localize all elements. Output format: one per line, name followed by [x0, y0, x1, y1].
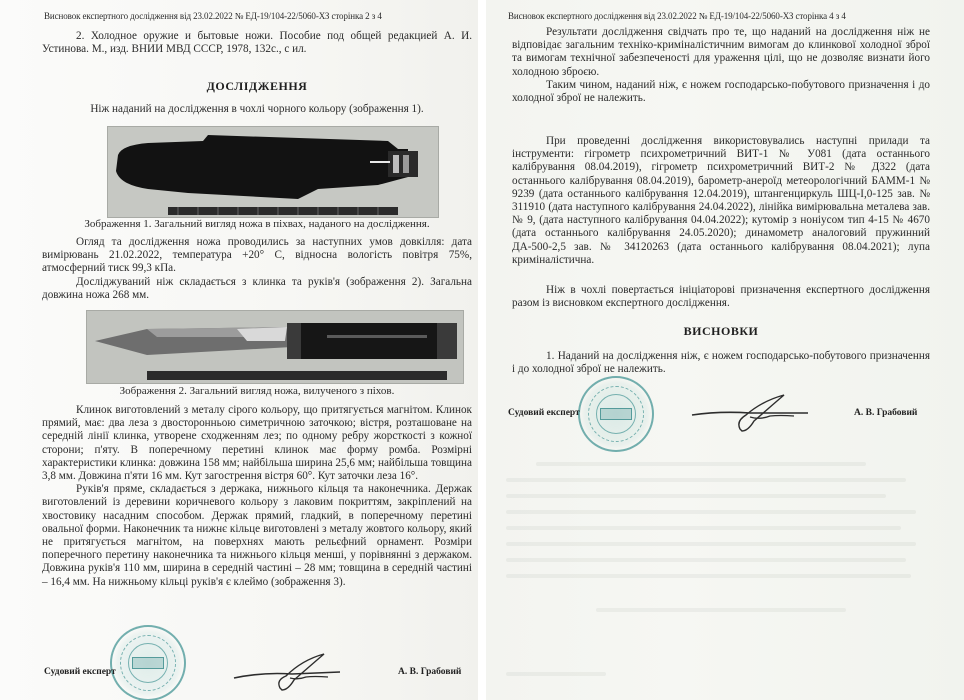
conclusions-heading: ВИСНОВКИ — [512, 324, 930, 339]
bleed-through-line — [506, 494, 886, 498]
instruments-paragraph: При проведенні дослідження використовува… — [512, 135, 930, 267]
document-page-2: Висновок експертного дослідження від 23.… — [0, 0, 478, 700]
figure-1-photo — [107, 126, 439, 218]
bleed-through-line — [506, 574, 911, 578]
conclusion-1: 1. Наданий на дослідження ніж, є ножем г… — [512, 350, 930, 376]
conditions-paragraph: Огляд та дослідження ножа проводились за… — [42, 236, 472, 302]
bleed-through-line — [506, 478, 906, 482]
bleed-through-line — [596, 608, 846, 612]
document-page-4: Висновок експертного дослідження від 23.… — [486, 0, 964, 700]
bleed-through-line — [536, 462, 866, 466]
blade-description: Клинок виготовлений з металу сірого коль… — [42, 404, 472, 589]
running-head: Висновок експертного дослідження від 23.… — [44, 11, 382, 21]
bleed-through-line — [506, 558, 906, 562]
handle-description: Руків'я пряме, складається з держака, ни… — [42, 483, 472, 589]
knife-in-sheath-image — [108, 127, 438, 217]
reference-paragraph: 2. Холодное оружие и бытовые ножи. Пособ… — [42, 30, 472, 56]
stamp-emblem-icon — [600, 408, 632, 420]
expert-name: А. В. Грабовий — [398, 667, 461, 677]
figure-2-photo — [86, 310, 464, 384]
bleed-through-line — [506, 542, 916, 546]
page-gutter — [478, 0, 486, 700]
composition-paragraph: Досліджуваний ніж складається з клинка т… — [42, 276, 472, 302]
return-note-paragraph: Ніж в чохлі повертається ініціаторові пр… — [512, 284, 930, 310]
running-head: Висновок експертного дослідження від 23.… — [508, 11, 846, 21]
section-heading: ДОСЛІДЖЕННЯ — [42, 79, 472, 94]
bleed-through-line — [506, 510, 916, 514]
intro-paragraph: Ніж наданий на дослідження в чохлі чорно… — [42, 103, 472, 116]
figure-2-caption: Зображення 2. Загальний вигляд ножа, вил… — [42, 385, 472, 397]
official-stamp — [578, 376, 654, 452]
bleed-through-line — [506, 672, 606, 676]
signature-label: Судовий експерт — [508, 408, 580, 418]
signature-label: Судовий експерт — [44, 667, 116, 677]
handwritten-signature — [690, 393, 810, 437]
expert-name: А. В. Грабовий — [854, 408, 917, 418]
results-paragraph: Результати дослідження свідчать про те, … — [512, 26, 930, 105]
thus-paragraph: Таким чином, наданий ніж, є ножем господ… — [512, 79, 930, 105]
stamp-emblem-icon — [132, 657, 164, 669]
figure-1-caption: Зображення 1. Загальний вигляд ножа в пі… — [42, 218, 472, 230]
handwritten-signature — [232, 650, 342, 694]
knife-unsheathed-image — [87, 311, 463, 383]
official-stamp — [110, 625, 186, 700]
bleed-through-line — [506, 526, 901, 530]
